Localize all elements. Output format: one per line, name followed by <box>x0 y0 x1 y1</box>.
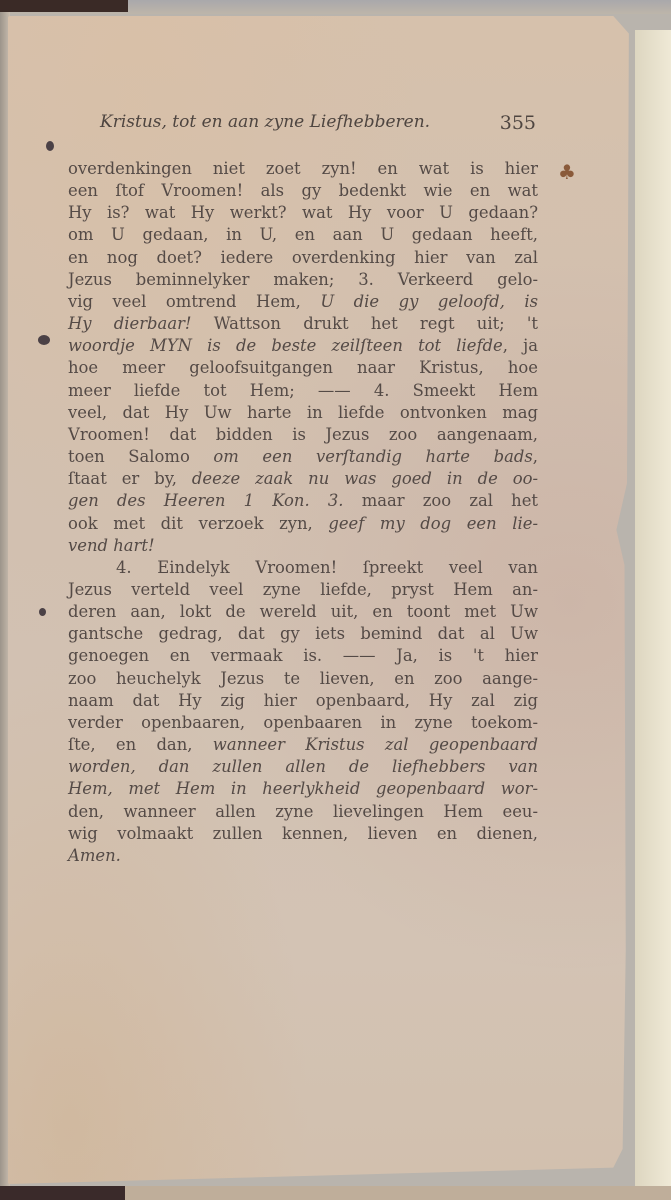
book-cover-corner-bottom <box>0 1186 125 1200</box>
text-roman: ook met dit verzoek zyn, <box>68 514 313 533</box>
book-cover-corner-top <box>0 0 128 12</box>
text-line: Jezus beminnelyker maken; 3. Verkeerd ge… <box>68 269 538 291</box>
text-italic: om een verſtandig harte bads <box>190 447 533 466</box>
text-line: Jezus verteld veel zyne liefde, pryst He… <box>68 579 538 601</box>
page-body: overdenkingen niet zoet zyn! en wat is h… <box>68 158 538 867</box>
text-roman: , <box>533 447 538 466</box>
text-line: deren aan, lokt de wereld uit, en toont … <box>68 601 538 623</box>
text-line: 4. Eindelyk Vroomen! ſpreekt veel van <box>68 557 538 579</box>
backing-sheet <box>635 30 671 1190</box>
text-line: zoo heuchelyk Jezus te lieven, en zoo aa… <box>68 668 538 690</box>
text-line: wig volmaakt zullen kennen, lieven en di… <box>68 823 538 845</box>
text-line: hoe meer geloofsuitgangen naar Kristus, … <box>68 357 538 379</box>
text-italic: deeze zaak nu was goed in de oo- <box>177 469 538 488</box>
text-line: verder openbaaren, openbaaren in zyne to… <box>68 712 538 734</box>
text-roman: ſte, en dan, <box>68 735 192 754</box>
text-italic: met Hem in heerlykheid geopenbaard wor- <box>113 779 538 798</box>
ink-stain: ♣ <box>558 160 582 186</box>
text-line: Hy dierbaar! Wattson drukt het regt uit;… <box>68 313 538 335</box>
text-line: ſte, en dan, wanneer Kristus zal geopenb… <box>68 734 538 756</box>
text-line: worden, dan zullen allen de liefhebbers … <box>68 756 538 778</box>
text-italic: woordje MYN is de beste zeilſteen tot li… <box>68 336 503 355</box>
text-line: gen des Heeren 1 Kon. 3. maar zoo zal he… <box>68 490 538 512</box>
text-line: Amen. <box>68 845 538 867</box>
text-line: vig veel omtrend Hem, U die gy geloofd, … <box>68 291 538 313</box>
text-line: toen Salomo om een verſtandig harte bads… <box>68 446 538 468</box>
text-line: een ſtof Vroomen! als gy bedenkt wie en … <box>68 180 538 202</box>
text-line: veel, dat Hy Uw harte in liefde ontvonke… <box>68 402 538 424</box>
text-line: meer liefde tot Hem; —— 4. Smeekt Hem <box>68 380 538 402</box>
text-italic: Hy dierbaar! <box>68 314 192 333</box>
text-line: genoegen en vermaak is. —— Ja, is 't hie… <box>68 645 538 667</box>
text-line: ſtaat er by, deeze zaak nu was goed in d… <box>68 468 538 490</box>
text-line: gantsche gedrag, dat gy iets bemind dat … <box>68 623 538 645</box>
margin-dot-1 <box>46 141 54 151</box>
text-roman: toen Salomo <box>68 447 190 466</box>
text-line: Hy is? wat Hy werkt? wat Hy voor U gedaa… <box>68 202 538 224</box>
text-line: naam dat Hy zig hier openbaard, Hy zal z… <box>68 690 538 712</box>
page-number: 355 <box>500 112 536 134</box>
text-line: overdenkingen niet zoet zyn! en wat is h… <box>68 158 538 180</box>
text-roman: ſtaat er by, <box>68 469 177 488</box>
text-line: woordje MYN is de beste zeilſteen tot li… <box>68 335 538 357</box>
text-line: Hem, met Hem in heerlykheid geopenbaard … <box>68 778 538 800</box>
text-italic: U die gy geloofd, is <box>320 292 538 311</box>
text-line: den, wanneer allen zyne lievelingen Hem … <box>68 801 538 823</box>
text-italic: gen des Heeren 1 Kon. 3. <box>68 491 344 510</box>
margin-dot-3 <box>39 608 46 616</box>
text-italic: wanneer Kristus zal geopenbaard <box>192 735 538 754</box>
text-line: om U gedaan, in U, en aan U gedaan heeft… <box>68 224 538 246</box>
text-roman: Wattson drukt het regt uit; 't <box>192 314 538 333</box>
text-italic: Hem, <box>68 779 113 798</box>
text-italic: worden, <box>68 757 136 776</box>
scan-bottom-edge <box>120 1186 671 1200</box>
text-line: ook met dit verzoek zyn, geef my dog een… <box>68 513 538 535</box>
text-line: en nog doet? iedere overdenking hier van… <box>68 247 538 269</box>
text-roman: maar zoo zal het <box>344 491 538 510</box>
text-line: Vroomen! dat bidden is Jezus zoo aangena… <box>68 424 538 446</box>
running-head-title: Kristus, tot en aan zyne Liefhebberen. <box>100 112 430 134</box>
text-roman: , ja <box>503 336 538 355</box>
text-roman: vig veel omtrend Hem, <box>68 292 301 311</box>
text-line: vend hart! <box>68 535 538 557</box>
margin-dot-2 <box>38 335 50 345</box>
text-italic: geef my dog een lie- <box>313 514 538 533</box>
running-head: Kristus, tot en aan zyne Liefhebberen. 3… <box>100 112 536 134</box>
text-italic: dan zullen allen de liefhebbers van <box>136 757 538 776</box>
